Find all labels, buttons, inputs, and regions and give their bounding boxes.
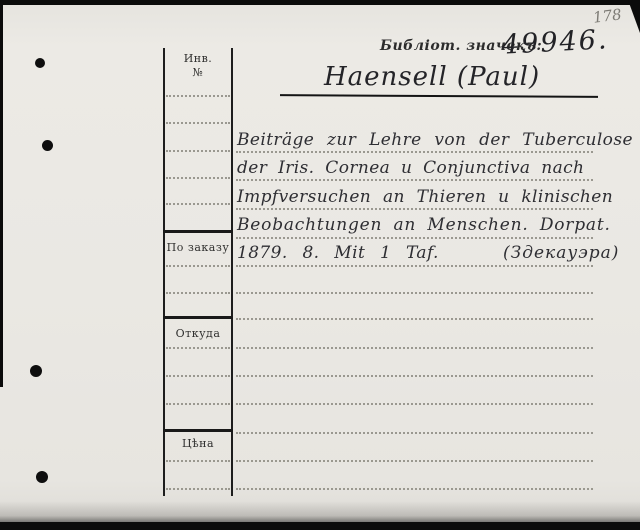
section-divider: [163, 316, 233, 319]
punch-hole: [42, 140, 53, 151]
dotted-rule: [166, 265, 230, 267]
paper-sheet: [0, 5, 640, 522]
punch-hole: [36, 471, 48, 483]
scan-border-bottom: [0, 522, 640, 530]
paper-edge-shadow: [0, 501, 640, 522]
dotted-rule: [166, 403, 230, 405]
dotted-rule: [236, 237, 593, 239]
section-divider: [163, 429, 233, 432]
dotted-rule: [236, 208, 593, 210]
sidebar-label-po-zakazu: По заказу: [163, 241, 233, 254]
library-stamp-number: 49946.: [501, 24, 609, 61]
scanned-catalog-card: Инв. № По заказу Откуда Цѣна 178 Библіот…: [0, 0, 640, 530]
dotted-rule: [166, 460, 230, 462]
dotted-rule: [236, 432, 593, 434]
dotted-rule: [236, 292, 593, 294]
entry-line: Impfversuchen an Thieren u klinischen: [237, 187, 613, 207]
provenance-note: (Здекауэра): [503, 243, 619, 263]
dotted-rule: [236, 318, 593, 320]
author-name: Haensell (Paul): [324, 62, 540, 92]
dotted-rule: [236, 375, 593, 377]
dotted-rule: [166, 203, 230, 205]
dotted-rule: [236, 151, 593, 153]
entry-line: 1879. 8. Mit 1 Taf.: [237, 243, 439, 263]
scan-border-top: [0, 0, 640, 5]
dotted-rule: [236, 403, 593, 405]
dotted-rule: [236, 265, 593, 267]
dotted-rule: [236, 179, 593, 181]
dotted-rule: [166, 488, 230, 490]
dotted-rule: [166, 375, 230, 377]
dotted-rule: [166, 347, 230, 349]
punch-hole: [35, 58, 45, 68]
dotted-rule: [236, 488, 593, 490]
entry-line: Beobachtungen an Menschen. Dorpat.: [237, 215, 611, 235]
punch-hole: [30, 365, 42, 377]
sidebar-label-cena: Цѣна: [163, 437, 233, 450]
section-divider: [163, 230, 233, 233]
sidebar-label-otkuda: Откуда: [163, 327, 233, 340]
entry-line: der Iris. Cornea u Conjunctiva nach: [237, 158, 584, 178]
dotted-rule: [166, 292, 230, 294]
dotted-rule: [166, 177, 230, 179]
dotted-rule: [166, 122, 230, 124]
dotted-rule: [166, 95, 230, 97]
dotted-rule: [236, 460, 593, 462]
dotted-rule: [166, 150, 230, 152]
sidebar-label-inventory-no: №: [163, 66, 233, 79]
sidebar-label-inventory: Инв.: [163, 52, 233, 65]
scan-border-left: [0, 5, 3, 387]
dotted-rule: [236, 347, 593, 349]
entry-line: Beiträge zur Lehre von der Tuberculose: [237, 130, 633, 150]
